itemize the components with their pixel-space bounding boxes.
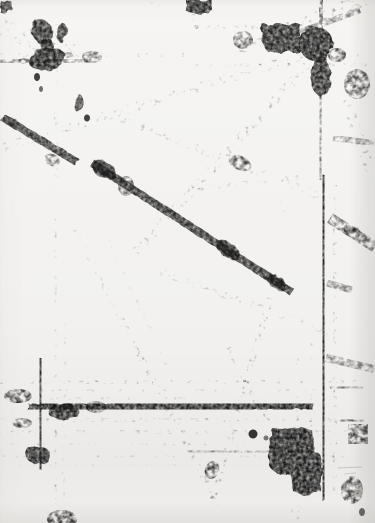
ink-stroke	[328, 48, 346, 62]
ink-stroke	[118, 176, 134, 196]
ink-stroke	[327, 283, 352, 290]
ink-stroke	[0, 381, 362, 383]
ink-stroke	[0, 390, 360, 391]
ink-stroke	[268, 427, 322, 495]
ink-stroke	[34, 73, 40, 81]
ink-stroke	[341, 476, 363, 504]
ink-stroke	[0, 465, 180, 466]
artwork-canvas	[0, 0, 375, 523]
ink-stroke	[344, 473, 356, 474]
ink-stroke	[39, 86, 43, 92]
ink-stroke	[0, 60, 90, 62]
ink-stroke	[323, 175, 324, 500]
ink-stroke	[338, 467, 362, 468]
ink-stroke	[213, 292, 272, 499]
ink-stroke	[12, 418, 32, 428]
artwork-photo	[0, 0, 375, 523]
ink-stroke	[4, 389, 32, 403]
ink-stroke	[86, 401, 106, 413]
ink-stroke	[272, 182, 285, 216]
ink-stroke	[137, 349, 218, 505]
ink-stroke	[352, 500, 353, 523]
ink-stroke	[348, 424, 368, 444]
ink-stroke	[160, 272, 332, 333]
ink-stroke	[186, 0, 213, 14]
ink-stroke	[330, 387, 363, 388]
ink-stroke	[47, 510, 77, 523]
ink-stroke	[320, 95, 321, 180]
ink-stroke	[73, 95, 85, 113]
ink-stroke	[0, 419, 362, 421]
ink-stroke	[333, 138, 374, 143]
abstract-artwork	[0, 0, 375, 523]
ink-stroke	[264, 436, 269, 441]
ink-stroke	[344, 69, 370, 99]
ink-stroke	[150, 2, 159, 5]
ink-stroke	[48, 404, 80, 420]
ink-stroke	[26, 446, 50, 464]
ink-stroke	[334, 185, 336, 495]
ink-stroke	[0, 0, 13, 14]
ink-stroke-layer	[0, 0, 375, 523]
ink-stroke	[299, 495, 300, 523]
ink-stroke	[82, 51, 102, 63]
ink-stroke	[249, 430, 258, 439]
ink-stroke	[359, 508, 365, 516]
ink-stroke	[346, 100, 371, 172]
ink-stroke	[330, 420, 364, 421]
